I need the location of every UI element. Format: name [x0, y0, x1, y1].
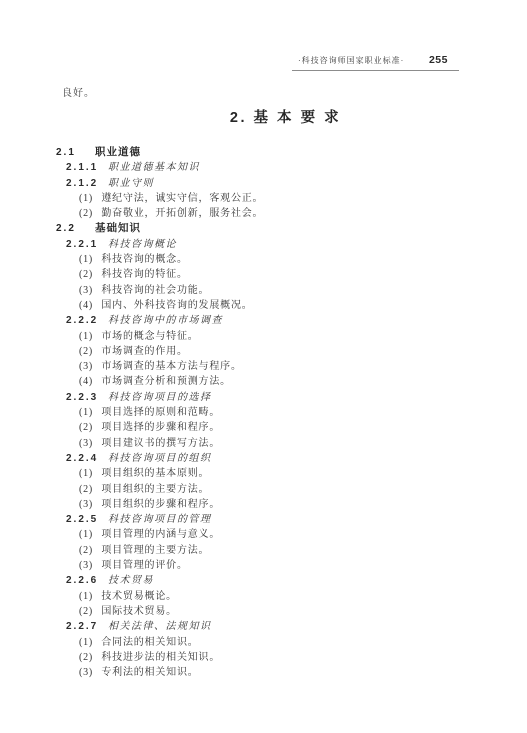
outline-item-text: (3) 专利法的相关知识。	[79, 667, 199, 678]
section-heading: 2.2基础知识	[0, 219, 527, 234]
outline-item: (2) 市场调查的作用。	[0, 342, 527, 357]
outline-item: (3) 科技咨询的社会功能。	[0, 281, 527, 296]
outline-item-text: (3) 项目管理的评价。	[79, 560, 188, 571]
outline-item-text: (2) 项目选择的步骤和程序。	[79, 422, 220, 433]
outline-item: (2) 科技咨询的特征。	[0, 265, 527, 280]
subsection-heading: 2.2.1科技咨询概论	[0, 235, 527, 250]
outline-item-text: (2) 市场调查的作用。	[79, 346, 188, 357]
subsection-title: 职业道德基本知识	[108, 162, 200, 173]
subsection-heading: 2.2.3科技咨询项目的选择	[0, 388, 527, 403]
page-number: 255	[429, 54, 448, 66]
outline-item: (1) 市场的概念与特征。	[0, 327, 527, 342]
outline-item: (3) 专利法的相关知识。	[0, 663, 527, 678]
chapter-title: 2. 基 本 要 求	[22, 106, 527, 127]
outline-item: (1) 技术贸易概论。	[0, 587, 527, 602]
running-title: ·科技咨询师国家职业标准·	[298, 55, 404, 66]
outline-item-text: (2) 勤奋敬业，开拓创新，服务社会。	[79, 208, 263, 219]
outline-item: (3) 项目建议书的撰写方法。	[0, 434, 527, 449]
outline-item: (1) 科技咨询的概念。	[0, 250, 527, 265]
outline-item: (2) 项目组织的主要方法。	[0, 480, 527, 495]
outline-item: (1) 项目选择的原则和范畴。	[0, 403, 527, 418]
section-heading: 2.1职业道德	[0, 143, 527, 158]
outline-item-text: (2) 国际技术贸易。	[79, 606, 177, 617]
outline-item: (3) 项目管理的评价。	[0, 556, 527, 571]
outline-item-text: (1) 合同法的相关知识。	[79, 637, 199, 648]
outline-item: (2) 科技进步法的相关知识。	[0, 648, 527, 663]
outline-item: (1) 遵纪守法，诚实守信，客观公正。	[0, 189, 527, 204]
outline: 2.1职业道德 2.1.1职业道德基本知识 2.1.2职业守则 (1) 遵纪守法…	[0, 143, 527, 678]
outline-item-text: (3) 项目组织的步骤和程序。	[79, 499, 220, 510]
outline-item: (2) 勤奋敬业，开拓创新，服务社会。	[0, 204, 527, 219]
outline-item: (1) 项目组织的基本原则。	[0, 464, 527, 479]
outline-item-text: (4) 国内、外科技咨询的发展概况。	[79, 300, 253, 311]
outline-item: (3) 市场调查的基本方法与程序。	[0, 357, 527, 372]
outline-item-text: (3) 科技咨询的社会功能。	[79, 285, 209, 296]
subsection-title: 技术贸易	[108, 575, 154, 586]
subsection-heading: 2.2.7相关法律、法规知识	[0, 617, 527, 632]
outline-item-text: (3) 项目建议书的撰写方法。	[79, 438, 220, 449]
subsection-heading: 2.2.4科技咨询项目的组织	[0, 449, 527, 464]
subsection-title: 科技咨询项目的组织	[108, 453, 212, 464]
outline-item-text: (2) 项目组织的主要方法。	[79, 484, 209, 495]
outline-item-text: (2) 科技咨询的特征。	[79, 269, 188, 280]
outline-item-text: (1) 项目选择的原则和范畴。	[79, 407, 220, 418]
outline-item-text: (1) 技术贸易概论。	[79, 591, 177, 602]
outline-item-text: (1) 项目管理的内涵与意义。	[79, 529, 220, 540]
page-header: ·科技咨询师国家职业标准· 255	[292, 50, 459, 71]
subsection-heading: 2.1.2职业守则	[0, 174, 527, 189]
outline-item-text: (4) 市场调查分析和预测方法。	[79, 376, 231, 387]
subsection-title: 相关法律、法规知识	[108, 621, 212, 632]
outline-item: (2) 项目管理的主要方法。	[0, 541, 527, 556]
section-title: 基础知识	[95, 222, 141, 234]
outline-item: (1) 合同法的相关知识。	[0, 633, 527, 648]
outline-item-text: (3) 市场调查的基本方法与程序。	[79, 361, 242, 372]
intro-text: 良好。	[62, 84, 95, 99]
subsection-heading: 2.2.2科技咨询中的市场调查	[0, 311, 527, 326]
subsection-title: 科技咨询项目的管理	[108, 514, 212, 525]
outline-item-text: (2) 项目管理的主要方法。	[79, 545, 209, 556]
section-title: 职业道德	[95, 146, 141, 158]
subsection-heading: 2.2.5科技咨询项目的管理	[0, 510, 527, 525]
outline-item: (2) 项目选择的步骤和程序。	[0, 418, 527, 433]
outline-item: (2) 国际技术贸易。	[0, 602, 527, 617]
subsection-title: 职业守则	[108, 178, 154, 189]
outline-item: (4) 国内、外科技咨询的发展概况。	[0, 296, 527, 311]
outline-item: (1) 项目管理的内涵与意义。	[0, 525, 527, 540]
subsection-title: 科技咨询中的市场调查	[108, 315, 223, 326]
outline-item-text: (1) 遵纪守法，诚实守信，客观公正。	[79, 193, 263, 204]
subsection-heading: 2.1.1职业道德基本知识	[0, 158, 527, 173]
outline-item: (4) 市场调查分析和预测方法。	[0, 372, 527, 387]
outline-item: (3) 项目组织的步骤和程序。	[0, 495, 527, 510]
subsection-title: 科技咨询概论	[108, 239, 177, 250]
subsection-title: 科技咨询项目的选择	[108, 392, 212, 403]
outline-item-text: (2) 科技进步法的相关知识。	[79, 652, 220, 663]
outline-item-text: (1) 市场的概念与特征。	[79, 331, 199, 342]
outline-item-text: (1) 科技咨询的概念。	[79, 254, 188, 265]
subsection-heading: 2.2.6技术贸易	[0, 571, 527, 586]
outline-item-text: (1) 项目组织的基本原则。	[79, 468, 209, 479]
